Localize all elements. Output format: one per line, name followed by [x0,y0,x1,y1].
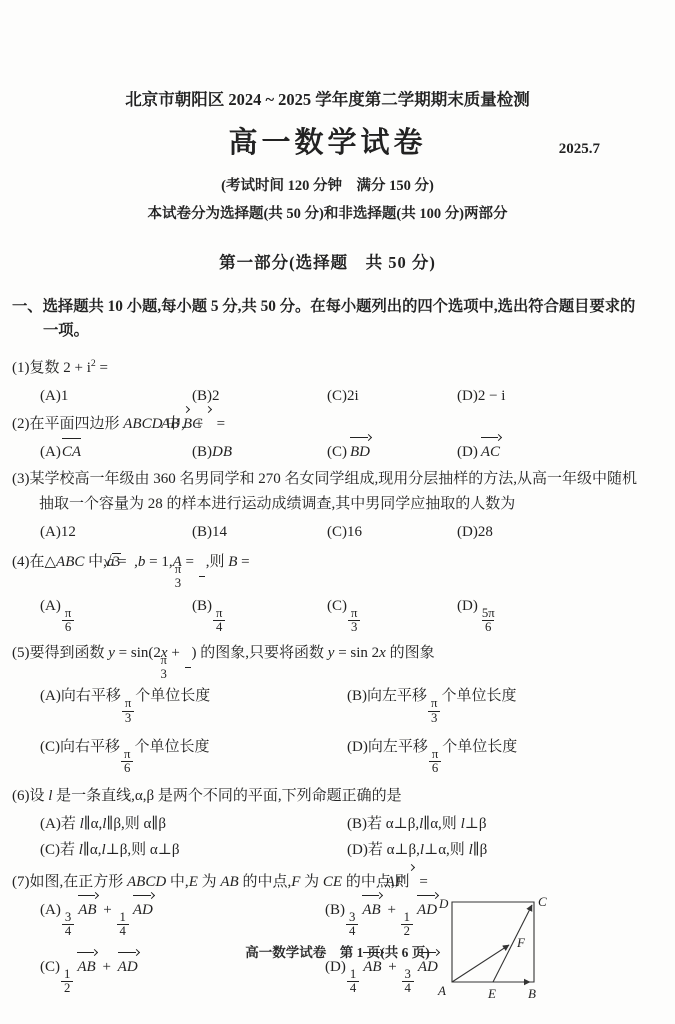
question-6-options: (A)若 l∥α,l∥β,则 α∥β (B)若 α⊥β,l∥α,则 l⊥β (C… [12,812,643,862]
question-7-option-c: (C)12AB + AD [40,955,325,996]
exam-header-line: 北京市朝阳区 2024 ~ 2025 学年度第二学期期末质量检测 [12,88,643,111]
question-6-stem: (6)设 l 是一条直线,α,β 是两个不同的平面,下列命题正确的是 [12,784,643,809]
figure-label-E: E [487,986,496,1001]
question-4-option-b: (B)π4 [192,594,327,635]
question-1-option-b: (B)2 [192,384,327,408]
question-1-option-a: (A)1 [40,384,192,408]
question-4-stem: (4)在△ABC 中,a = √3 ,b = 1,A = π3,则 B = [12,550,643,591]
question-4-options: (A)π6 (B)π4 (C)π3 (D)5π6 [12,594,643,635]
question-4-option-d: (D)5π6 [457,594,643,635]
question-4-option-c: (C)π3 [327,594,457,635]
question-5-option-b: (B)向左平移π3个单位长度 [347,684,643,725]
question-5-option-a: (A)向右平移π3个单位长度 [40,684,347,725]
page-title: 高一数学试卷 [228,125,426,161]
question-3-option-a: (A)12 [40,520,192,544]
question-5-option-c: (C)向右平移π6个单位长度 [40,735,347,776]
figure-label-B: B [528,986,536,1001]
question-1-options: (A)1 (B)2 (C)2i (D)2 − i [12,384,643,408]
question-5-options: (A)向右平移π3个单位长度 (B)向左平移π3个单位长度 (C)向右平移π6个… [12,684,643,776]
question-2-stem: (2)在平面四边形 ABCD 中,AB + BC = [12,412,643,437]
question-6-option-a: (A)若 l∥α,l∥β,则 α∥β [40,812,347,836]
question-3-option-d: (D)28 [457,520,643,544]
question-1-option-d: (D)2 − i [457,384,643,408]
section-title: 第一部分(选择题 共 50 分) [12,251,643,274]
section-directive: 一、选择题共 10 小题,每小题 5 分,共 50 分。在每小题列出的四个选项中… [12,295,643,342]
question-7-option-a: (A)34AB + 14AD [40,898,325,939]
question-3-option-c: (C)16 [327,520,457,544]
question-1-stem: (1)复数 2 + i2 = [12,351,643,381]
question-6-option-c: (C)若 l∥α,l⊥β,则 α⊥β [40,838,347,862]
figure-label-A: A [437,983,446,998]
question-2-option-b: (B)DB [192,440,327,464]
question-6: (6)设 l 是一条直线,α,β 是两个不同的平面,下列命题正确的是 (A)若 … [12,784,643,862]
question-2-option-c: (C)BD [327,440,457,464]
question-2-option-d: (D)AC [457,440,643,464]
question-3-stem: (3)某学校高一年级由 360 名男同学和 270 名女同学组成,现用分层抽样的… [12,467,643,517]
question-4: (4)在△ABC 中,a = √3 ,b = 1,A = π3,则 B = (A… [12,550,643,635]
question-3-option-b: (B)14 [192,520,327,544]
question-2: (2)在平面四边形 ABCD 中,AB + BC = (A)CA (B)DB (… [12,412,643,464]
figure-label-D: D [438,896,449,911]
question-6-option-b: (B)若 α⊥β,l∥α,则 l⊥β [347,812,643,836]
exam-page: 北京市朝阳区 2024 ~ 2025 学年度第二学期期末质量检测 高一数学试卷 … [0,0,675,1024]
question-5-option-d: (D)向左平移π6个单位长度 [347,735,643,776]
exam-time-score-info: (考试时间 120 分钟 满分 150 分) [12,176,643,196]
question-1-option-c: (C)2i [327,384,457,408]
exam-date: 2025.7 [559,141,600,158]
page-footer: 高一数学试卷 第 1 页(共 6 页) [0,941,675,961]
question-3-options: (A)12 (B)14 (C)16 (D)28 [12,520,643,544]
question-6-option-d: (D)若 α⊥β,l⊥α,则 l∥β [347,838,643,862]
question-5-stem: (5)要得到函数 y = sin(2x + π3) 的图象,只要将函数 y = … [12,641,643,682]
question-2-option-a: (A)CA [40,440,192,464]
question-1: (1)复数 2 + i2 = (A)1 (B)2 (C)2i (D)2 − i [12,351,643,408]
question-2-options: (A)CA (B)DB (C)BD (D)AC [12,440,643,464]
title-row: 高一数学试卷 2025.7 [12,125,643,161]
figure-label-C: C [538,894,547,909]
question-5: (5)要得到函数 y = sin(2x + π3) 的图象,只要将函数 y = … [12,641,643,776]
paper-structure-note: 本试卷分为选择题(共 50 分)和非选择题(共 100 分)两部分 [12,204,643,224]
question-3: (3)某学校高一年级由 360 名男同学和 270 名女同学组成,现用分层抽样的… [12,467,643,544]
question-4-option-a: (A)π6 [40,594,192,635]
